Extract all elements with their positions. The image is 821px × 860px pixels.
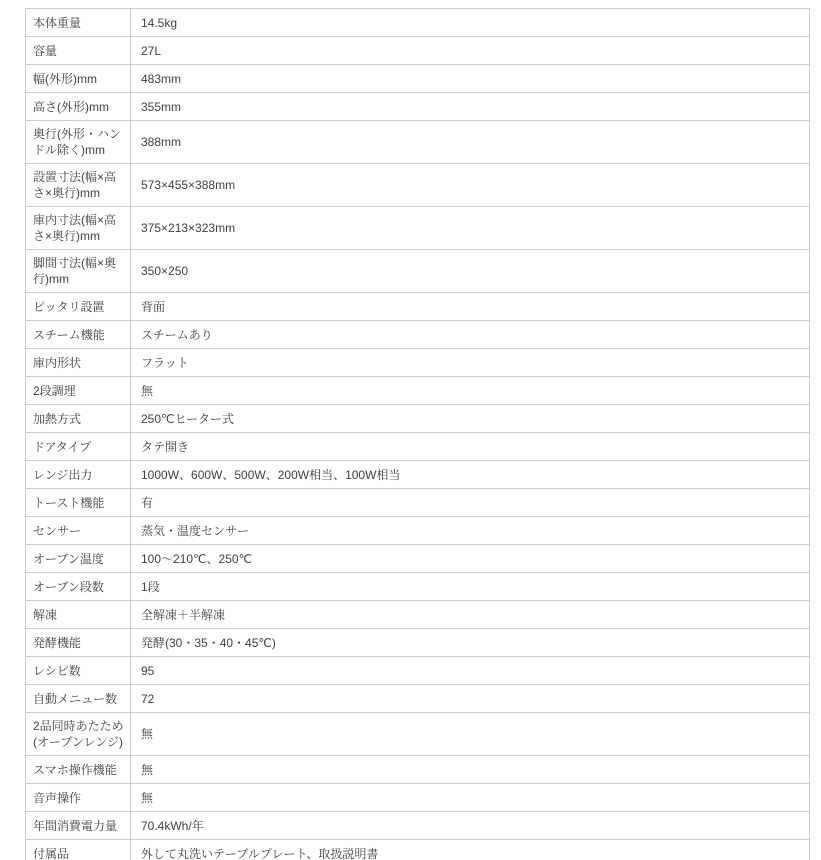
table-row: 音声操作 無 [26, 784, 810, 812]
spec-label: 解凍 [26, 601, 131, 629]
spec-value: 388mm [131, 121, 810, 164]
spec-table: 本体重量 14.5kg 容量 27L 幅(外形)mm 483mm 高さ(外形)m… [25, 8, 810, 860]
spec-value: 375×213×323mm [131, 207, 810, 250]
table-row: レシピ数 95 [26, 657, 810, 685]
table-row: 加熱方式 250℃ヒーター式 [26, 405, 810, 433]
table-row: レンジ出力 1000W、600W、500W、200W相当、100W相当 [26, 461, 810, 489]
spec-label: 設置寸法(幅×高さ×奥行)mm [26, 164, 131, 207]
spec-label: 2品同時あたため(オーブンレンジ) [26, 713, 131, 756]
table-row: 付属品 外して丸洗いテーブルプレート、取扱説明書 [26, 840, 810, 860]
spec-label: 本体重量 [26, 9, 131, 37]
spec-label: スマホ操作機能 [26, 756, 131, 784]
page: 本体重量 14.5kg 容量 27L 幅(外形)mm 483mm 高さ(外形)m… [0, 0, 821, 860]
table-row: 2段調理 無 [26, 377, 810, 405]
table-row: 自動メニュー数 72 [26, 685, 810, 713]
spec-label: トースト機能 [26, 489, 131, 517]
spec-label: 自動メニュー数 [26, 685, 131, 713]
spec-value: 無 [131, 756, 810, 784]
table-row: センサー 蒸気・温度センサー [26, 517, 810, 545]
table-row: 設置寸法(幅×高さ×奥行)mm 573×455×388mm [26, 164, 810, 207]
spec-value: 無 [131, 784, 810, 812]
spec-label: 音声操作 [26, 784, 131, 812]
spec-value: 有 [131, 489, 810, 517]
spec-value: 発酵(30・35・40・45℃) [131, 629, 810, 657]
table-row: 幅(外形)mm 483mm [26, 65, 810, 93]
table-row: トースト機能 有 [26, 489, 810, 517]
table-row: 脚間寸法(幅×奥行)mm 350×250 [26, 250, 810, 293]
table-row: オーブン段数 1段 [26, 573, 810, 601]
table-row: 2品同時あたため(オーブンレンジ) 無 [26, 713, 810, 756]
spec-value: 70.4kWh/年 [131, 812, 810, 840]
spec-label: ドアタイプ [26, 433, 131, 461]
spec-value: タテ開き [131, 433, 810, 461]
table-row: オーブン温度 100～210℃、250℃ [26, 545, 810, 573]
spec-value: 無 [131, 713, 810, 756]
spec-label: センサー [26, 517, 131, 545]
table-row: 庫内寸法(幅×高さ×奥行)mm 375×213×323mm [26, 207, 810, 250]
spec-label: 高さ(外形)mm [26, 93, 131, 121]
spec-value: 95 [131, 657, 810, 685]
table-row: 容量 27L [26, 37, 810, 65]
spec-value: 蒸気・温度センサー [131, 517, 810, 545]
spec-label: レンジ出力 [26, 461, 131, 489]
spec-value: 250℃ヒーター式 [131, 405, 810, 433]
spec-label: 付属品 [26, 840, 131, 860]
table-row: スチーム機能 スチームあり [26, 321, 810, 349]
table-row: 高さ(外形)mm 355mm [26, 93, 810, 121]
spec-value: 100～210℃、250℃ [131, 545, 810, 573]
spec-value: 573×455×388mm [131, 164, 810, 207]
table-row: 発酵機能 発酵(30・35・40・45℃) [26, 629, 810, 657]
spec-value: 483mm [131, 65, 810, 93]
spec-value: 外して丸洗いテーブルプレート、取扱説明書 [131, 840, 810, 860]
spec-value: 1000W、600W、500W、200W相当、100W相当 [131, 461, 810, 489]
spec-value: 全解凍＋半解凍 [131, 601, 810, 629]
spec-value: 背面 [131, 293, 810, 321]
table-row: 奥行(外形・ハンドル除く)mm 388mm [26, 121, 810, 164]
spec-value: 355mm [131, 93, 810, 121]
spec-table-body: 本体重量 14.5kg 容量 27L 幅(外形)mm 483mm 高さ(外形)m… [26, 9, 810, 860]
table-row: 本体重量 14.5kg [26, 9, 810, 37]
table-row: ピッタリ設置 背面 [26, 293, 810, 321]
table-row: 年間消費電力量 70.4kWh/年 [26, 812, 810, 840]
table-row: 解凍 全解凍＋半解凍 [26, 601, 810, 629]
spec-label: 脚間寸法(幅×奥行)mm [26, 250, 131, 293]
spec-value: フラット [131, 349, 810, 377]
spec-value: 350×250 [131, 250, 810, 293]
spec-label: オーブン温度 [26, 545, 131, 573]
spec-label: 庫内寸法(幅×高さ×奥行)mm [26, 207, 131, 250]
spec-label: 2段調理 [26, 377, 131, 405]
spec-value: スチームあり [131, 321, 810, 349]
spec-value: 27L [131, 37, 810, 65]
spec-value: 1段 [131, 573, 810, 601]
spec-label: レシピ数 [26, 657, 131, 685]
table-row: スマホ操作機能 無 [26, 756, 810, 784]
spec-label: 庫内形状 [26, 349, 131, 377]
spec-label: 奥行(外形・ハンドル除く)mm [26, 121, 131, 164]
spec-label: 幅(外形)mm [26, 65, 131, 93]
table-row: ドアタイプ タテ開き [26, 433, 810, 461]
spec-label: オーブン段数 [26, 573, 131, 601]
spec-value: 72 [131, 685, 810, 713]
spec-label: 年間消費電力量 [26, 812, 131, 840]
spec-value: 無 [131, 377, 810, 405]
spec-label: 発酵機能 [26, 629, 131, 657]
spec-label: 加熱方式 [26, 405, 131, 433]
spec-label: 容量 [26, 37, 131, 65]
spec-label: ピッタリ設置 [26, 293, 131, 321]
spec-value: 14.5kg [131, 9, 810, 37]
spec-label: スチーム機能 [26, 321, 131, 349]
table-row: 庫内形状 フラット [26, 349, 810, 377]
